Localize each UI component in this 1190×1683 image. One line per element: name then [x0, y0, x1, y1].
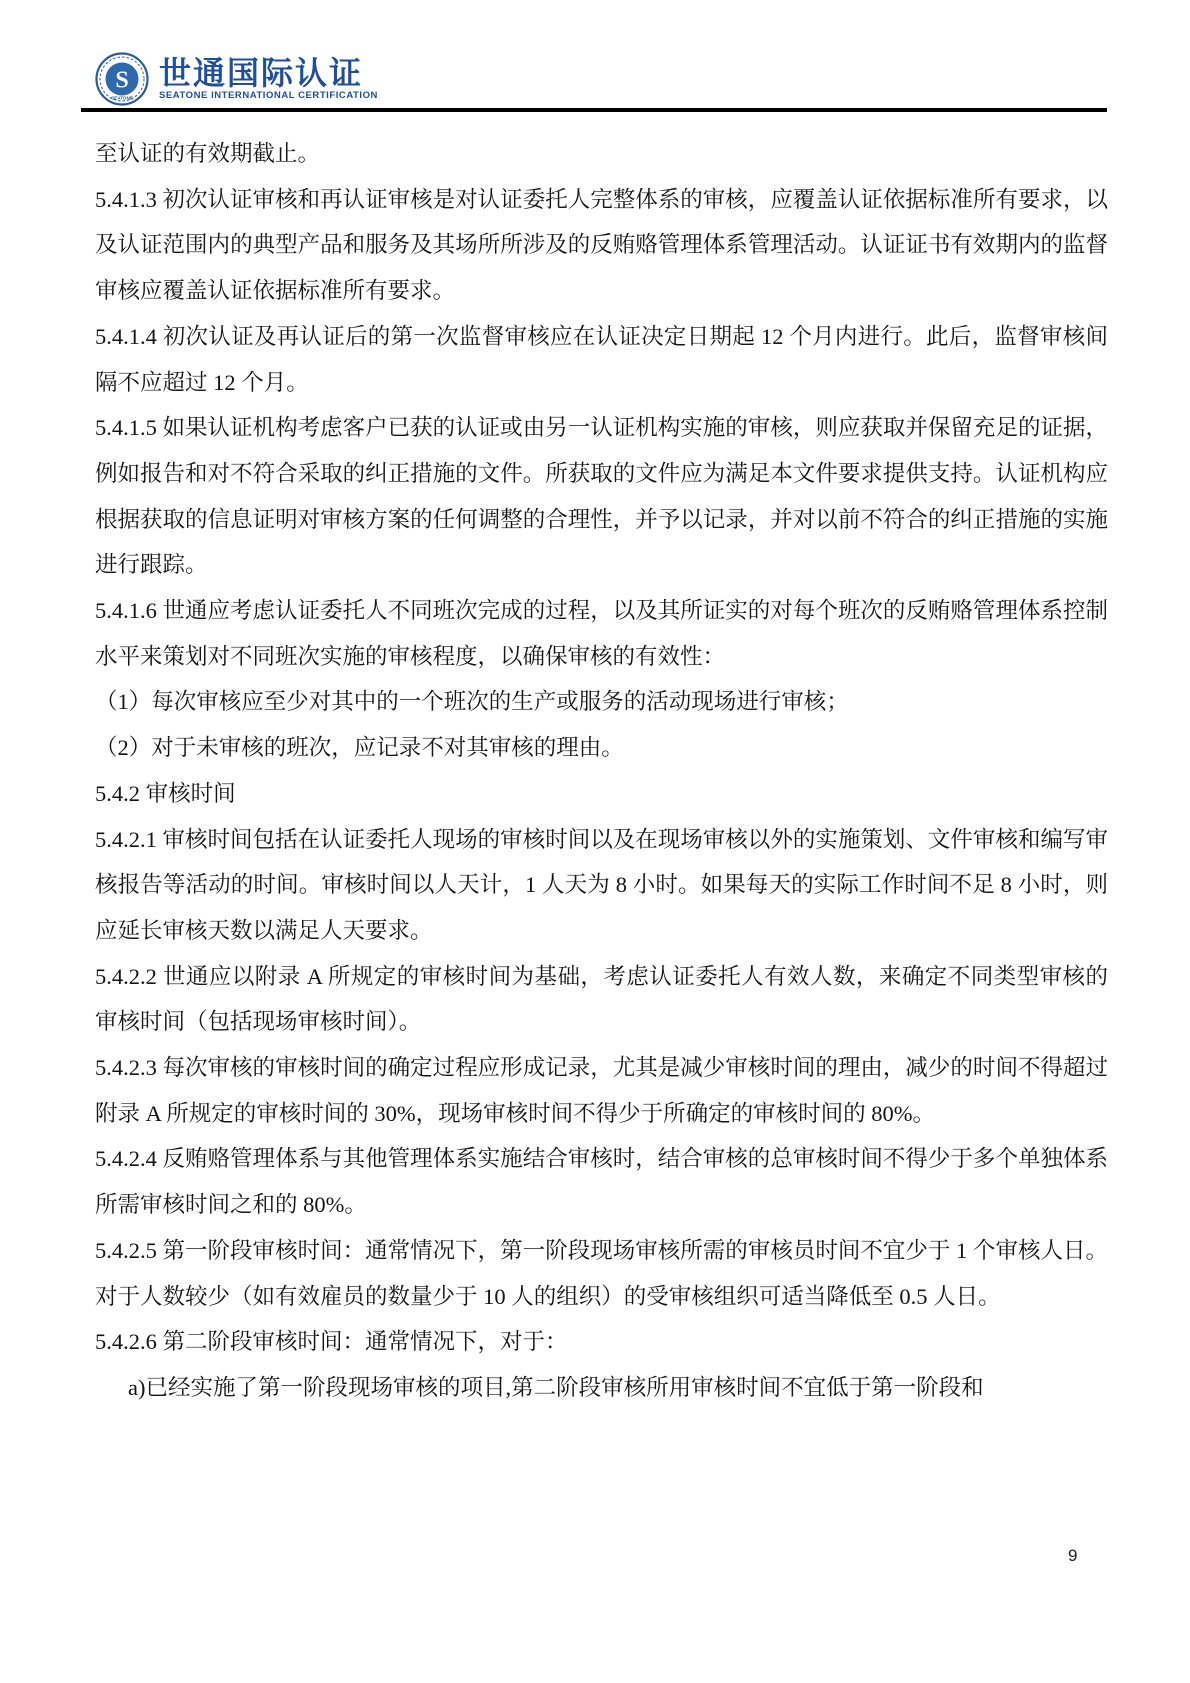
page-number: 9	[1068, 1546, 1077, 1566]
list-item-1: （1）每次审核应至少对其中的一个班次的生产或服务的活动现场进行审核；	[95, 679, 1108, 725]
paragraph-5-4-2-3: 5.4.2.3 每次审核的审核时间的确定过程应形成记录，尤其是减少审核时间的理由…	[95, 1045, 1108, 1136]
seatone-badge-icon: S SEATONE	[95, 52, 149, 106]
header-divider	[81, 108, 1107, 112]
badge-ring-text: SEATONE	[111, 96, 133, 101]
document-body: 至认证的有效期截止。 5.4.1.3 初次认证审核和再认证审核是对认证委托人完整…	[95, 131, 1108, 1411]
paragraph-5-4-1-3: 5.4.1.3 初次认证审核和再认证审核是对认证委托人完整体系的审核，应覆盖认证…	[95, 177, 1108, 314]
paragraph-5-4-2-2: 5.4.2.2 世通应以附录 A 所规定的审核时间为基础，考虑认证委托人有效人数…	[95, 954, 1108, 1045]
heading-5-4-2: 5.4.2 审核时间	[95, 771, 1108, 817]
paragraph-5-4-2-4: 5.4.2.4 反贿赂管理体系与其他管理体系实施结合审核时，结合审核的总审核时间…	[95, 1136, 1108, 1227]
document-page: S SEATONE 世通国际认证 SEATONE INTERNATIONAL C…	[0, 0, 1190, 1683]
paragraph-continuation: 至认证的有效期截止。	[95, 131, 1108, 177]
paragraph-5-4-2-6: 5.4.2.6 第二阶段审核时间：通常情况下，对于：	[95, 1319, 1108, 1365]
paragraph-5-4-1-4: 5.4.1.4 初次认证及再认证后的第一次监督审核应在认证决定日期起 12 个月…	[95, 314, 1108, 405]
logo-subtitle-en: SEATONE INTERNATIONAL CERTIFICATION	[159, 90, 378, 102]
paragraph-5-4-2-1: 5.4.2.1 审核时间包括在认证委托人现场的审核时间以及在现场审核以外的实施策…	[95, 817, 1108, 954]
paragraph-5-4-2-6-a: a)已经实施了第一阶段现场审核的项目,第二阶段审核所用审核时间不宜低于第一阶段和	[95, 1365, 1108, 1411]
seatone-logo: S SEATONE 世通国际认证 SEATONE INTERNATIONAL C…	[95, 52, 378, 106]
paragraph-5-4-1-6: 5.4.1.6 世通应考虑认证委托人不同班次完成的过程，以及其所证实的对每个班次…	[95, 588, 1108, 679]
paragraph-5-4-1-5: 5.4.1.5 如果认证机构考虑客户已获的认证或由另一认证机构实施的审核，则应获…	[95, 405, 1108, 588]
logo-text-block: 世通国际认证 SEATONE INTERNATIONAL CERTIFICATI…	[159, 56, 378, 102]
list-item-2: （2）对于未审核的班次，应记录不对其审核的理由。	[95, 725, 1108, 771]
logo-title-cn: 世通国际认证	[159, 56, 378, 90]
paragraph-5-4-2-5: 5.4.2.5 第一阶段审核时间：通常情况下，第一阶段现场审核所需的审核员时间不…	[95, 1228, 1108, 1319]
badge-letter: S	[115, 68, 128, 94]
